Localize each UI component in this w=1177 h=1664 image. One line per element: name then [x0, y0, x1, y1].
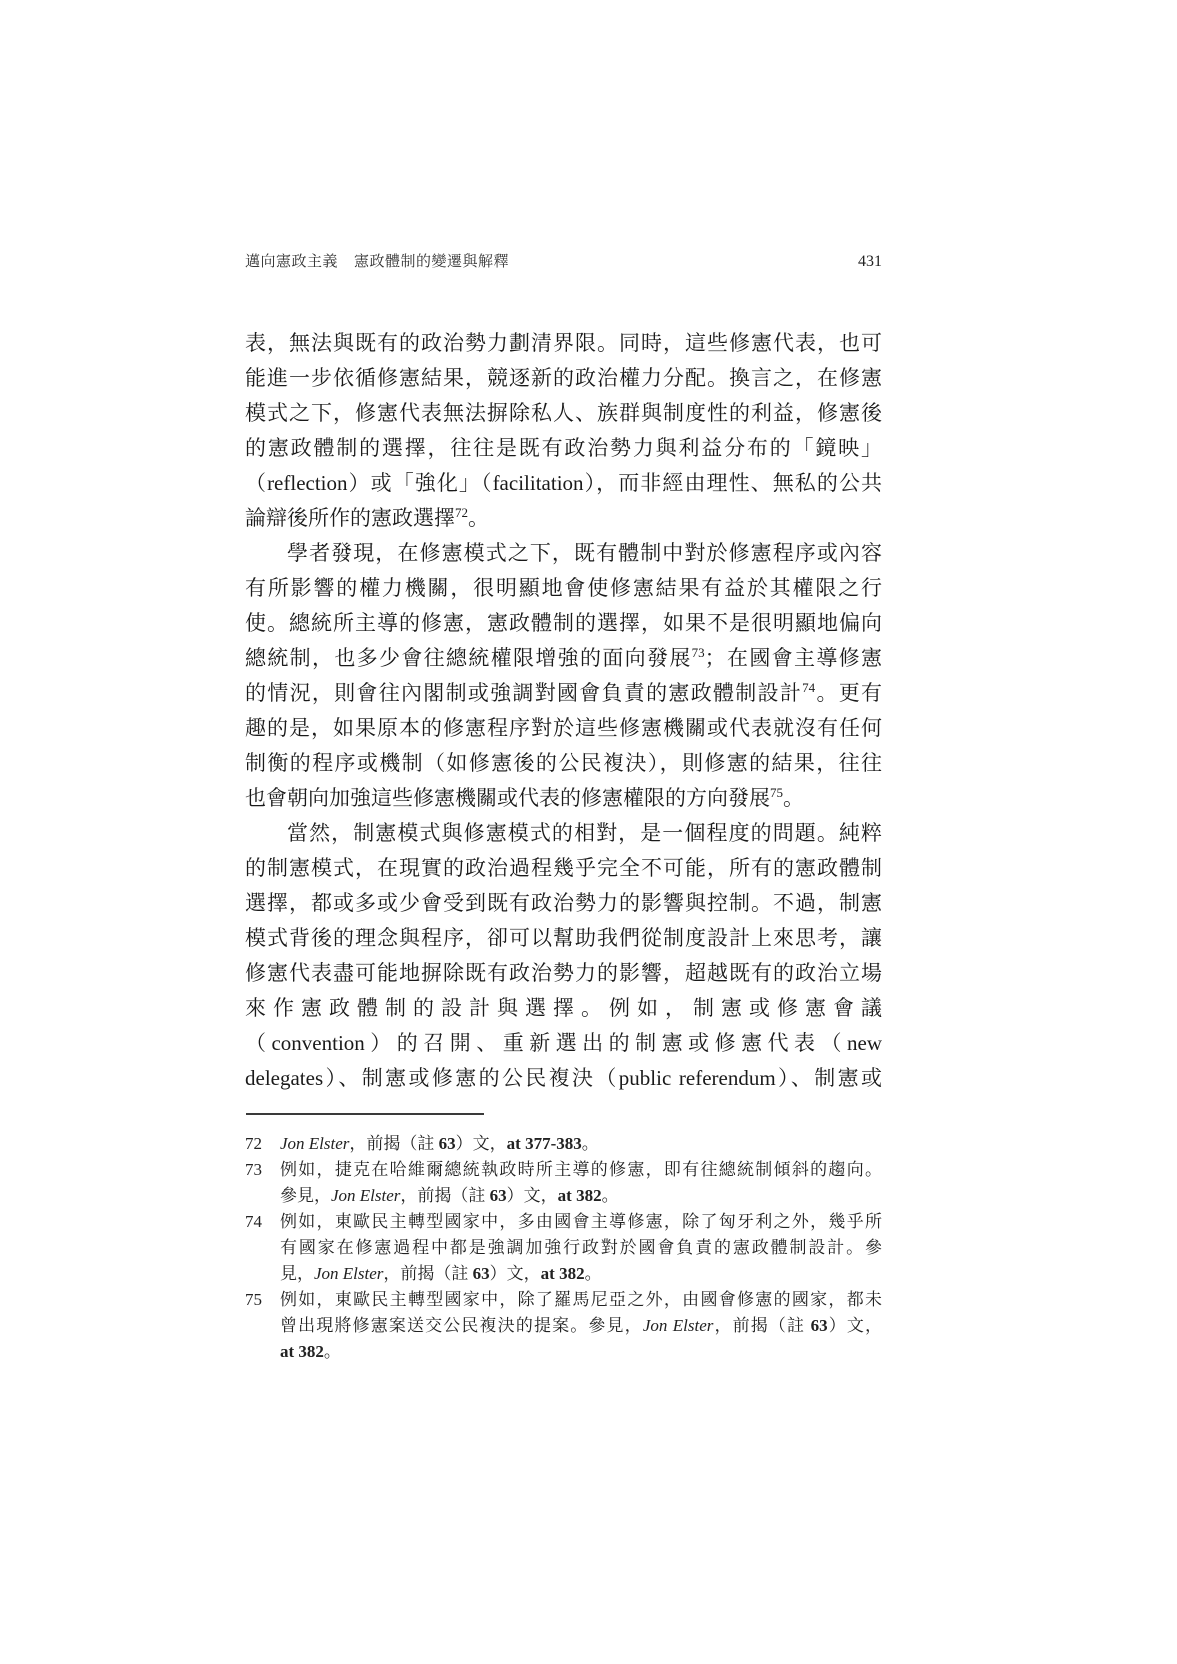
- footnote-number: 73: [245, 1157, 262, 1183]
- footnote-line: 例如，東歐民主轉型國家中，多由國會主導修憲，除了匈牙利之外，幾乎所: [280, 1209, 882, 1235]
- text-segment: Jon Elster: [331, 1186, 400, 1205]
- body-line: 趣的是，如果原本的修憲程序對於這些修憲機關或代表就沒有任何: [245, 711, 882, 746]
- footnote: 73例如，捷克在哈維爾總統執政時所主導的修憲，即有往總統制傾斜的趨向。參見，Jo…: [245, 1157, 882, 1209]
- page-header: 邁向憲政主義憲政體制的變遷與解釋 431: [245, 252, 882, 272]
- body-line: 當然，制憲模式與修憲模式的相對，是一個程度的問題。純粹: [245, 816, 882, 851]
- footnote-ref: 75: [770, 785, 783, 800]
- footnote-line: 例如，捷克在哈維爾總統執政時所主導的修憲，即有往總統制傾斜的趨向。: [280, 1157, 882, 1183]
- text-segment: 當然，制憲模式與修憲模式的相對，是一個程度的問題。純粹: [287, 821, 882, 845]
- body-line: 模式背後的理念與程序，卻可以幫助我們從制度設計上來思考，讓: [245, 921, 882, 956]
- text-segment: 曾出現將修憲案送交公民複決的提案。參見，: [280, 1316, 643, 1335]
- footnote-number: 75: [245, 1287, 262, 1313]
- page: { "header": { "book_title": "邁向憲政主義", "c…: [0, 0, 1177, 1664]
- text-segment: ，前揭（註: [349, 1134, 438, 1153]
- body-line: 總統制，也多少會往總統權限增強的面向發展73；在國會主導修憲: [245, 641, 882, 676]
- text-segment: 的制憲模式，在現實的政治過程幾乎完全不可能，所有的憲政體制: [245, 856, 882, 880]
- text-segment: 趣的是，如果原本的修憲程序對於這些修憲機關或代表就沒有任何: [245, 716, 882, 740]
- footnote-line: 有國家在修憲過程中都是強調加強行政對於國會負責的憲政體制設計。參: [280, 1235, 882, 1261]
- page-number: 431: [858, 252, 882, 272]
- footnote-line: at 382。: [280, 1339, 882, 1365]
- footnote-separator-rule: [246, 1113, 484, 1115]
- text-segment: 能進一步依循修憲結果，競逐新的政治權力分配。換言之，在修憲: [245, 366, 882, 390]
- body-line: 制衡的程序或機制（如修憲後的公民複決），則修憲的結果，往往: [245, 746, 882, 781]
- text-segment: 。: [585, 1264, 602, 1283]
- body-line: （convention）的召開、重新選出的制憲或修憲代表（new: [245, 1026, 882, 1061]
- body-line: 也會朝向加強這些修憲機關或代表的修憲權限的方向發展75。: [245, 781, 882, 816]
- text-segment: at 382: [541, 1264, 585, 1283]
- text-segment: 有國家在修憲過程中都是強調加強行政對於國會負責的憲政體制設計。參: [280, 1238, 882, 1257]
- text-segment: ；在國會主導修憲: [705, 646, 882, 670]
- body-line: 能進一步依循修憲結果，競逐新的政治權力分配。換言之，在修憲: [245, 361, 882, 396]
- footnote-line: 曾出現將修憲案送交公民複決的提案。參見，Jon Elster，前揭（註 63）文…: [280, 1313, 882, 1339]
- text-segment: 63: [439, 1134, 456, 1153]
- text-segment: 。: [783, 786, 804, 810]
- text-segment: 總統制，也多少會往總統權限增強的面向發展: [245, 646, 692, 670]
- text-segment: ）文，: [456, 1134, 507, 1153]
- footnote-line: 參見，Jon Elster，前揭（註 63）文，at 382。: [280, 1183, 882, 1209]
- body-line: 來作憲政體制的設計與選擇。例如，制憲或修憲會議: [245, 991, 882, 1026]
- text-segment: delegates）、制憲或修憲的公民複決（public referendum）…: [245, 1066, 882, 1090]
- running-head-book-title: 邁向憲政主義: [245, 254, 338, 270]
- text-segment: 的情況，則會往內閣制或強調對國會負責的憲政體制設計: [245, 681, 802, 705]
- text-segment: 使。總統所主導的修憲，憲政體制的選擇，如果不是很明顯地偏向: [245, 611, 882, 635]
- text-segment: Jon Elster: [314, 1264, 383, 1283]
- text-segment: 表，無法與既有的政治勢力劃清界限。同時，這些修憲代表，也可: [245, 331, 882, 355]
- text-segment: ）文，: [490, 1264, 541, 1283]
- text-segment: at 382: [558, 1186, 602, 1205]
- text-segment: 修憲代表盡可能地摒除既有政治勢力的影響，超越既有的政治立場: [245, 961, 882, 985]
- footnote-ref: 72: [455, 505, 468, 520]
- text-segment: 的憲政體制的選擇，往往是既有政治勢力與利益分布的「鏡映」: [245, 436, 882, 460]
- text-segment: ，前揭（註: [713, 1316, 810, 1335]
- body-line: 的情況，則會往內閣制或強調對國會負責的憲政體制設計74。更有: [245, 676, 882, 711]
- text-segment: 論辯後所作的憲政選擇: [245, 506, 455, 530]
- text-segment: at 382: [280, 1342, 324, 1361]
- body-line: 學者發現，在修憲模式之下，既有體制中對於修憲程序或內容: [245, 536, 882, 571]
- text-segment: ）文，: [507, 1186, 558, 1205]
- text-segment: Jon Elster: [280, 1134, 349, 1153]
- text-segment: 63: [473, 1264, 490, 1283]
- text-segment: 。: [602, 1186, 619, 1205]
- footnote-line: 例如，東歐民主轉型國家中，除了羅馬尼亞之外，由國會修憲的國家，都未: [280, 1287, 882, 1313]
- body-line: （reflection）或「強化」（facilitation），而非經由理性、無…: [245, 466, 882, 501]
- text-segment: 例如，捷克在哈維爾總統執政時所主導的修憲，即有往總統制傾斜的趨向。: [280, 1160, 882, 1179]
- text-segment: ，前揭（註: [400, 1186, 489, 1205]
- text-segment: ，前揭（註: [383, 1264, 472, 1283]
- text-segment: 見，: [280, 1264, 314, 1283]
- text-segment: 。: [324, 1342, 341, 1361]
- text-segment: 也會朝向加強這些修憲機關或代表的修憲權限的方向發展: [245, 786, 770, 810]
- text-segment: at 377-383: [507, 1134, 582, 1153]
- text-segment: 制衡的程序或機制（如修憲後的公民複決），則修憲的結果，往往: [245, 751, 882, 775]
- text-segment: 例如，東歐民主轉型國家中，多由國會主導修憲，除了匈牙利之外，幾乎所: [280, 1212, 882, 1231]
- text-segment: 參見，: [280, 1186, 331, 1205]
- text-segment: 63: [811, 1316, 828, 1335]
- text-segment: 選擇，都或多或少會受到既有政治勢力的影響與控制。不過，制憲: [245, 891, 882, 915]
- body-line: 有所影響的權力機關，很明顯地會使修憲結果有益於其權限之行: [245, 571, 882, 606]
- footnote: 72Jon Elster，前揭（註 63）文，at 377-383。: [245, 1131, 882, 1157]
- text-segment: 來作憲政體制的設計與選擇。例如，制憲或修憲會議: [245, 996, 882, 1020]
- footnote-number: 74: [245, 1209, 262, 1235]
- text-segment: 63: [490, 1186, 507, 1205]
- footnote-ref: 73: [692, 645, 705, 660]
- text-segment: 。更有: [815, 681, 882, 705]
- running-head: 邁向憲政主義憲政體制的變遷與解釋: [245, 252, 509, 272]
- footnote-line: 見，Jon Elster，前揭（註 63）文，at 382。: [280, 1261, 882, 1287]
- body-line: 模式之下，修憲代表無法摒除私人、族群與制度性的利益，修憲後: [245, 396, 882, 431]
- footnote: 75例如，東歐民主轉型國家中，除了羅馬尼亞之外，由國會修憲的國家，都未曾出現將修…: [245, 1287, 882, 1365]
- text-segment: 模式背後的理念與程序，卻可以幫助我們從制度設計上來思考，讓: [245, 926, 882, 950]
- text-segment: 學者發現，在修憲模式之下，既有體制中對於修憲程序或內容: [287, 541, 882, 565]
- footnote-number: 72: [245, 1131, 262, 1157]
- text-segment: 模式之下，修憲代表無法摒除私人、族群與制度性的利益，修憲後: [245, 401, 882, 425]
- footnote-line: Jon Elster，前揭（註 63）文，at 377-383。: [280, 1131, 882, 1157]
- body-line: 的憲政體制的選擇，往往是既有政治勢力與利益分布的「鏡映」: [245, 431, 882, 466]
- text-segment: （reflection）或「強化」（facilitation），而非經由理性、無…: [245, 471, 882, 495]
- body-line: 使。總統所主導的修憲，憲政體制的選擇，如果不是很明顯地偏向: [245, 606, 882, 641]
- body-line: delegates）、制憲或修憲的公民複決（public referendum）…: [245, 1061, 882, 1096]
- text-segment: （convention）的召開、重新選出的制憲或修憲代表（new: [245, 1031, 882, 1055]
- text-segment: 。: [468, 506, 489, 530]
- body-line: 論辯後所作的憲政選擇72。: [245, 501, 882, 536]
- text-segment: 例如，東歐民主轉型國家中，除了羅馬尼亞之外，由國會修憲的國家，都未: [280, 1290, 882, 1309]
- text-segment: 有所影響的權力機關，很明顯地會使修憲結果有益於其權限之行: [245, 576, 882, 600]
- body-line: 修憲代表盡可能地摒除既有政治勢力的影響，超越既有的政治立場: [245, 956, 882, 991]
- body-text: 表，無法與既有的政治勢力劃清界限。同時，這些修憲代表，也可能進一步依循修憲結果，…: [245, 326, 882, 1096]
- body-line: 表，無法與既有的政治勢力劃清界限。同時，這些修憲代表，也可: [245, 326, 882, 361]
- footnote-ref: 74: [802, 680, 815, 695]
- text-segment: Jon Elster: [643, 1316, 714, 1335]
- footnotes-section: 72Jon Elster，前揭（註 63）文，at 377-383。73例如，捷…: [245, 1131, 882, 1365]
- body-line: 的制憲模式，在現實的政治過程幾乎完全不可能，所有的憲政體制: [245, 851, 882, 886]
- footnote: 74例如，東歐民主轉型國家中，多由國會主導修憲，除了匈牙利之外，幾乎所有國家在修…: [245, 1209, 882, 1287]
- body-line: 選擇，都或多或少會受到既有政治勢力的影響與控制。不過，制憲: [245, 886, 882, 921]
- text-segment: 。: [582, 1134, 599, 1153]
- running-head-chapter-title: 憲政體制的變遷與解釋: [354, 254, 509, 270]
- text-segment: ）文，: [828, 1316, 882, 1335]
